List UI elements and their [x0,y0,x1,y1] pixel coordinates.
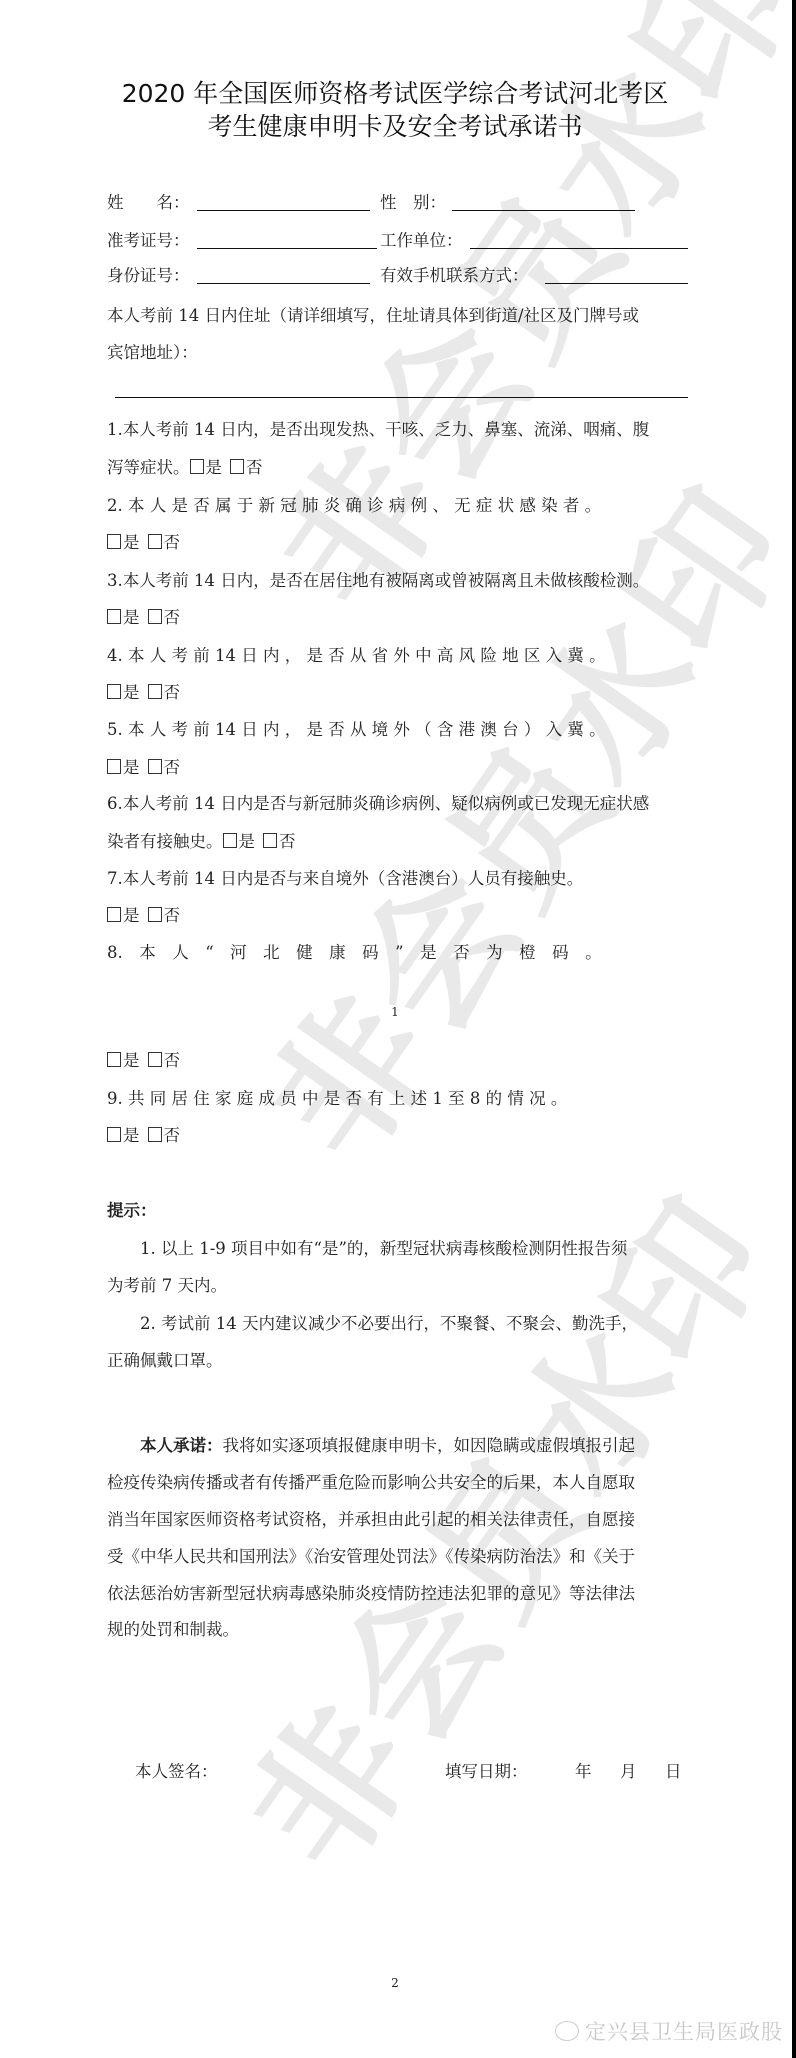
question-9: 9. 共 同 居 住 家 庭 成 员 中 是 否 有 上 述 1 至 8 的 情… [107,1085,567,1109]
gender-field[interactable] [452,210,635,211]
no-checkbox[interactable] [148,759,162,774]
right-edge-strip [792,0,796,2058]
no-checkbox[interactable] [263,833,277,848]
question-8: 8. 本 人 “ 河 北 健 康 码 ” 是 否 为 橙 码 。 [107,939,602,963]
no-checkbox[interactable] [148,907,162,922]
id-card-label: 身份证号： [107,262,190,286]
tip-2-cont: 正确佩戴口罩。 [107,1347,223,1371]
pledge-line-6: 规的处罚和制裁。 [107,1616,239,1640]
yes-checkbox[interactable] [107,1127,121,1142]
address-instruction: 本人考前 14 日内住址（请详细填写，住址请具体到街道/社区及门牌号或 [107,302,639,326]
date-day: 日 [665,1758,682,1782]
question-7: 7.本人考前 14 日内是否与来自境外（含港澳台）人员有接触史。 [107,865,583,889]
question-9-options: 是否 [107,1122,180,1146]
name-field[interactable] [197,210,370,211]
yes-checkbox[interactable] [107,684,121,699]
phone-field[interactable] [545,283,688,284]
question-3-options: 是否 [107,604,180,628]
pledge-line-1: 本人承诺：我将如实逐项填报健康申明卡，如因隐瞒或虚假填报引起 [140,1432,635,1456]
tip-1-cont: 为考前 7 天内。 [107,1272,227,1296]
source-watermark: 定兴县卫生局医政股 [555,2016,783,2046]
tip-1: 1. 以上 1-9 项目中如有“是”的，新型冠状病毒核酸检测阴性报告须 [140,1235,627,1259]
date-year: 年 [575,1758,592,1782]
document-title-line2: 考生健康申明卡及安全考试承诺书 [0,107,790,143]
signature-label: 本人签名： [135,1758,218,1782]
question-5: 5. 本 人 考 前 14 日 内 ， 是 否 从 境 外 （ 含 港 澳 台 … [107,716,606,740]
address-instruction-cont: 宾馆地址）： [107,339,198,363]
pledge-line-3: 消当年国家医师资格考试资格，并承担由此引起的相关法律责任，自愿接 [107,1506,635,1530]
question-4-options: 是否 [107,679,180,703]
pledge-line-5: 依法惩治妨害新型冠状病毒感染肺炎疫情防控违法犯罪的意见》等法律法 [107,1580,635,1604]
question-2: 2. 本 人 是 否 属 于 新 冠 肺 炎 确 诊 病 例 、 无 症 状 感… [107,492,601,516]
question-8-options: 是否 [107,1047,180,1071]
question-5-options: 是否 [107,754,180,778]
workplace-label: 工作单位： [380,227,463,251]
yes-checkbox[interactable] [190,459,204,474]
question-2-options: 是否 [107,529,180,553]
name-label: 姓 名： [107,189,190,213]
no-checkbox[interactable] [148,534,162,549]
gender-label: 性 别： [380,189,446,213]
page-number: 2 [0,1976,790,1990]
no-checkbox[interactable] [148,1052,162,1067]
yes-checkbox[interactable] [107,534,121,549]
date-label: 填写日期： [445,1758,528,1782]
pledge-line-2: 检疫传染病传播或者有传播严重危险而影响公共安全的后果，本人自愿取 [107,1469,635,1493]
question-3: 3.本人考前 14 日内，是否在居住地有被隔离或曾被隔离且未做核酸检测。 [107,567,649,591]
yes-checkbox[interactable] [223,833,237,848]
question-7-options: 是否 [107,902,180,926]
yes-checkbox[interactable] [107,907,121,922]
page-number: 1 [0,1005,790,1019]
question-6-options: 染者有接触史。是否 [107,828,296,852]
question-1: 1.本人考前 14 日内，是否出现发热、干咳、乏力、鼻塞、流涕、咽痛、腹 [107,416,649,440]
phone-label: 有效手机联系方式： [380,262,529,286]
yes-checkbox[interactable] [107,609,121,624]
workplace-field[interactable] [470,248,688,249]
no-checkbox[interactable] [148,1127,162,1142]
yes-checkbox[interactable] [107,1052,121,1067]
pledge-line-4: 受《中华人民共和国刑法》《治安管理处罚法》《传染病防治法》和《关于 [107,1543,635,1567]
yes-checkbox[interactable] [107,759,121,774]
no-checkbox[interactable] [230,459,244,474]
document-title-line1: 2020 年全国医师资格考试医学综合考试河北考区 [0,74,790,110]
no-checkbox[interactable] [148,684,162,699]
wechat-icon [555,2021,579,2041]
no-checkbox[interactable] [148,609,162,624]
exam-id-label: 准考证号： [107,227,190,251]
address-field[interactable] [115,397,688,398]
pledge-heading: 本人承诺： [140,1436,223,1455]
date-month: 月 [620,1758,637,1782]
question-4: 4. 本 人 考 前 14 日 内 ， 是 否 从 省 外 中 高 风 险 地 … [107,642,606,666]
exam-id-field[interactable] [197,248,377,249]
id-card-field[interactable] [197,283,370,284]
question-6: 6.本人考前 14 日内是否与新冠肺炎确诊病例、疑似病例或已发现无症状感 [107,790,649,814]
tip-2: 2. 考试前 14 天内建议减少不必要出行，不聚餐、不聚会、勤洗手， [140,1310,638,1334]
question-1-options: 泻等症状。是否 [107,454,263,478]
tips-heading: 提示： [107,1197,157,1221]
watermark: 非会员水印 [210,439,796,1194]
